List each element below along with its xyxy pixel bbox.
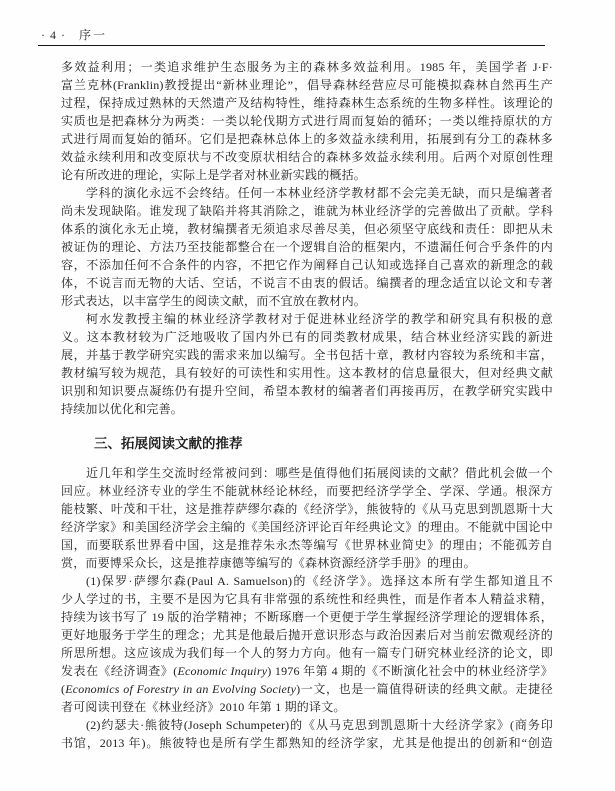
text-line: 教材编写较为规范，具有较好的可读性和实用性。这本教材的信息量很大，但对经典文献 [61,364,553,382]
text-line: 论有所改进的理论，实际上是学者对林业新实践的概括。 [61,166,553,184]
paragraph: (1)保罗·萨缪尔森(Paul A. Samuelson)的《经济学》。选择这本… [61,572,553,716]
text-line: 持续为该书写了 19 版的治学精神；不断琢磨一个更便于学生掌握经济学理论的逻辑体… [61,608,553,626]
text-line: 式进行周而复始的循环。它们是把森林总体上的多效益永续利用，拓展到有分工的森林多 [61,130,553,148]
text-run: 过程，保持成过熟林的天然遗产及结构特性，维持森林生态系统的生物多样性。该理论的 [61,96,553,110]
text-run: 式进行周而复始的循环。它们是把森林总体上的多效益永续利用，拓展到有分工的森林多 [61,132,553,146]
text-line: 柯水发教授主编的林业经济学教材对于促进林业经济学的教学和研究具有积极的意 [61,310,553,328]
text-line: 被证伪的理论、方法乃至技能都整合在一个逻辑自洽的框架内，不遗漏任何合乎条件的内 [61,238,553,256]
section-title: 序一 [79,28,107,42]
text-run: 回应。林业经济专业的学生不能就林经论林经，而要把经济学学全、学深、学通。根深方 [61,484,553,498]
paragraph: 多效益利用；一类追求维护生态服务为主的森林多效益利用。1985 年，美国学者 J… [61,58,553,184]
text-run: 所思所想。这应该成为我们每一个人的努力方向。他有一篇专门研究林业经济的论文，即 [61,646,553,660]
text-run: 近几年和学生交流时经常被问到：哪些是值得他们拓展阅读的文献？借此机会做一个 [86,466,553,480]
text-run: 被证伪的理论、方法乃至技能都整合在一个逻辑自洽的框架内，不遗漏任何合乎条件的内 [61,240,553,254]
text-run: 论有所改进的理论，实际上是学者对林业新实践的概括。 [61,168,366,182]
text-line: 所思所想。这应该成为我们每一个人的努力方向。他有一篇专门研究林业经济的论文，即 [61,644,553,662]
text-line: (2)约瑟夫·熊彼特(Joseph Schumpeter)的《从马克思到凯恩斯十… [61,716,553,734]
text-run: 体系的演化永无止境，教材编撰者无须追求尽善尽美，但必须坚守底线和责任：即把从未 [61,222,553,236]
section-heading: 三、拓展阅读文献的推荐 [61,434,553,454]
paragraph: 学科的演化永远不会终结。任何一本林业经济学教材都不会完美无缺，而只是编著者尚未发… [61,184,553,310]
text-run: 识别和知识要点凝练仍有提升空间，希望本教材的编著者们再接再厉，在教学研究实践中 [61,384,553,398]
text-run: 能枝繁、叶茂和干壮，这是推荐萨缪尔森的《经济学》，熊彼特的《从马克思到凯恩斯十大 [61,502,553,516]
text-run: 体，不说言而无物的大话、空话，不说言不由衷的假话。编撰者的理念适宜以论文和专著 [61,276,553,290]
text-line: 经济学家》和美国经济学会主编的《美国经济评论百年经典论文》的理由。不能就中国论中 [61,518,553,536]
italic-text-run: Economic Inquiry [177,664,267,678]
text-run: 国，而要联系世界看中国，这是推荐朱永杰等编写《世界林业简史》的理由；不能孤芳自 [61,538,553,552]
text-run: 学科的演化永远不会终结。任何一本林业经济学教材都不会完美无缺，而只是编著者 [86,186,553,200]
text-line: 国，而要联系世界看中国，这是推荐朱永杰等编写《世界林业简史》的理由；不能孤芳自 [61,536,553,554]
text-run: 持续为该书写了 19 版的治学精神；不断琢磨一个更便于学生掌握经济学理论的逻辑体… [61,610,553,624]
text-run: 形式表达，以丰富学生的阅读文献，而不宜放在教材内。 [61,294,366,308]
text-line: 近几年和学生交流时经常被问到：哪些是值得他们拓展阅读的文献？借此机会做一个 [61,464,553,482]
book-page: · 4 ·序一 多效益利用；一类追求维护生态服务为主的森林多效益利用。1985 … [0,0,615,791]
text-line: 赏，而要博采众长，这是推荐康德等编写的《森林资源经济学手册》的理由。 [61,554,553,572]
text-run: 更好地服务于学生的理念；尤其是他最后抛开意识形态与政治因素后对当前宏微观经济的 [61,628,553,642]
text-line: 发表在《经济调查》(Economic Inquiry) 1976 年第 4 期的… [61,662,553,680]
text-run: 少人学过的书，主要不是因为它具有非常强的系统性和经典性，而是作者本人精益求精， [61,592,553,606]
text-run: 教材编写较为规范，具有较好的可读性和实用性。这本教材的信息量很大，但对经典文献 [61,366,553,380]
text-line: (Economics of Forestry in an Evolving So… [61,680,553,698]
text-line: 形式表达，以丰富学生的阅读文献，而不宜放在教材内。 [61,292,553,310]
text-run: (2)约瑟夫·熊彼特(Joseph Schumpeter)的《从马克思到凯恩斯十… [86,718,553,732]
text-line: 尚未发现缺陷。谁发现了缺陷并将其消除之，谁就为林业经济学的完善做出了贡献。学科 [61,202,553,220]
text-line: 者可阅读刊登在《林业经济》2010 年第 1 期的译文。 [61,698,553,716]
text-line: 体，不说言而无物的大话、空话，不说言不由衷的假话。编撰者的理念适宜以论文和专著 [61,274,553,292]
paragraph: 柯水发教授主编的林业经济学教材对于促进林业经济学的教学和研究具有积极的意义。这本… [61,310,553,418]
text-run: 容，不添加任何不合条件的内容，不把它作为阐释自己认知或选择自己喜欢的新理念的载 [61,258,553,272]
text-run: 尚未发现缺陷。谁发现了缺陷并将其消除之，谁就为林业经济学的完善做出了贡献。学科 [61,204,553,218]
text-line: 持续加以优化和完善。 [61,400,553,418]
text-run: 发表在《经济调查》( [61,664,177,678]
text-run: )一文，也是一篇值得研读的经典文献。走捷径 [296,682,553,696]
text-line: 多效益利用；一类追求维护生态服务为主的森林多效益利用。1985 年，美国学者 J… [61,58,553,76]
text-run: 持续加以优化和完善。 [61,402,183,416]
text-run: 效益永续利用和改变原状与不改变原状相结合的森林多效益永续利用。后两个对原创性理 [61,150,553,164]
text-run: 多效益利用；一类追求维护生态服务为主的森林多效益利用。1985 年，美国学者 J… [61,60,553,74]
text-line: 学科的演化永远不会终结。任何一本林业经济学教材都不会完美无缺，而只是编著者 [61,184,553,202]
text-line: 更好地服务于学生的理念；尤其是他最后抛开意识形态与政治因素后对当前宏微观经济的 [61,626,553,644]
paragraph: (2)约瑟夫·熊彼特(Joseph Schumpeter)的《从马克思到凯恩斯十… [61,716,553,752]
text-run: (1)保罗·萨缪尔森(Paul A. Samuelson)的《经济学》。选择这本… [86,574,553,588]
text-line: 回应。林业经济专业的学生不能就林经论林经，而要把经济学学全、学深、学通。根深方 [61,482,553,500]
page-header: · 4 ·序一 [41,26,107,43]
text-run: 赏，而要博采众长，这是推荐康德等编写的《森林资源经济学手册》的理由。 [61,556,476,570]
italic-text-run: Economics of Forestry in an Evolving Soc… [65,682,296,696]
header-rule [38,45,545,46]
page-number: · 4 · [41,28,66,42]
text-line: 过程，保持成过熟林的天然遗产及结构特性，维持森林生态系统的生物多样性。该理论的 [61,94,553,112]
text-run: 书馆，2013 年)。熊彼特也是所有学生都熟知的经济学家，尤其是他提出的创新和“… [61,736,553,750]
text-run: ) 1976 年第 4 期的《不断演化社会中的林业经济学》 [267,664,553,678]
text-line: 义。这本教材较为广泛地吸收了国内外已有的同类教材成果，结合林业经济实践的新进 [61,328,553,346]
text-line: 体系的演化永无止境，教材编撰者无须追求尽善尽美，但必须坚守底线和责任：即把从未 [61,220,553,238]
text-line: 实质也是把森林分为两类：一类以轮伐期方式进行周而复始的循环；一类以维持原状的方 [61,112,553,130]
text-run: 义。这本教材较为广泛地吸收了国内外已有的同类教材成果，结合林业经济实践的新进 [61,330,553,344]
text-line: 少人学过的书，主要不是因为它具有非常强的系统性和经典性，而是作者本人精益求精， [61,590,553,608]
text-line: 识别和知识要点凝练仍有提升空间，希望本教材的编著者们再接再厉，在教学研究实践中 [61,382,553,400]
text-run: 者可阅读刊登在《林业经济》2010 年第 1 期的译文。 [61,700,346,714]
text-line: 富兰克林(Franklin)教授提出“新林业理论”，倡导森林经营应尽可能模拟森林… [61,76,553,94]
text-line: 效益永续利用和改变原状与不改变原状相结合的森林多效益永续利用。后两个对原创性理 [61,148,553,166]
paragraph: 近几年和学生交流时经常被问到：哪些是值得他们拓展阅读的文献？借此机会做一个回应。… [61,464,553,572]
text-line: 能枝繁、叶茂和干壮，这是推荐萨缪尔森的《经济学》，熊彼特的《从马克思到凯恩斯十大 [61,500,553,518]
text-run: 经济学家》和美国经济学会主编的《美国经济评论百年经典论文》的理由。不能就中国论中 [61,520,553,534]
text-run: 展，并基于教学研究实践的需求来加以编写。全书包括十章，教材内容较为系统和丰富， [61,348,553,362]
text-line: 书馆，2013 年)。熊彼特也是所有学生都熟知的经济学家，尤其是他提出的创新和“… [61,734,553,752]
text-line: (1)保罗·萨缪尔森(Paul A. Samuelson)的《经济学》。选择这本… [61,572,553,590]
text-run: 柯水发教授主编的林业经济学教材对于促进林业经济学的教学和研究具有积极的意 [86,312,553,326]
text-run: 实质也是把森林分为两类：一类以轮伐期方式进行周而复始的循环；一类以维持原状的方 [61,114,553,128]
text-line: 展，并基于教学研究实践的需求来加以编写。全书包括十章，教材内容较为系统和丰富， [61,346,553,364]
text-line: 容，不添加任何不合条件的内容，不把它作为阐释自己认知或选择自己喜欢的新理念的载 [61,256,553,274]
text-run: 富兰克林(Franklin)教授提出“新林业理论”，倡导森林经营应尽可能模拟森林… [61,78,553,92]
document-body: 多效益利用；一类追求维护生态服务为主的森林多效益利用。1985 年，美国学者 J… [61,58,553,752]
